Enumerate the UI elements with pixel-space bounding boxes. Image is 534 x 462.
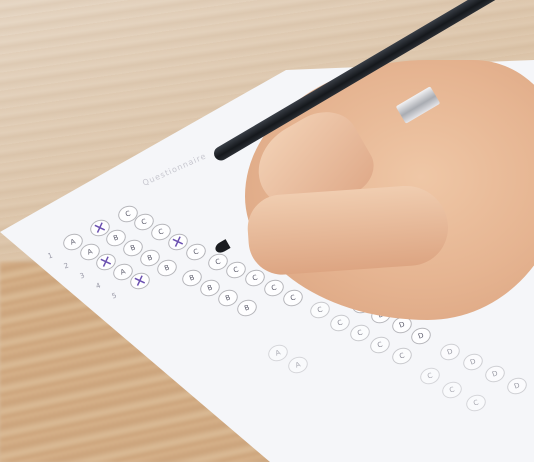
thumb xyxy=(245,183,450,277)
photo-scene: Questionnaire 1 2 3 4 5 A A A B B B B B … xyxy=(0,0,534,462)
